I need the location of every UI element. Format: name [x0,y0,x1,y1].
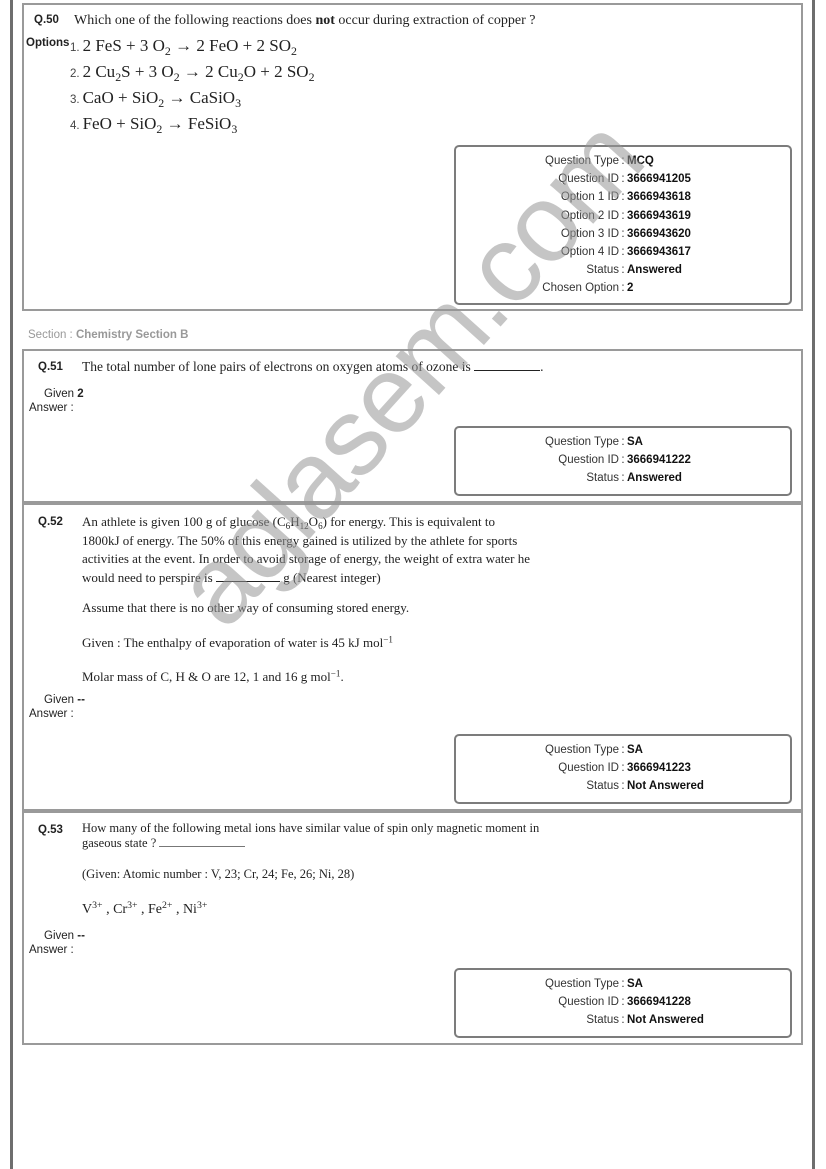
question-card-q51: Q.51 The total number of lone pairs of e… [22,349,803,503]
answer-label: Answer : [29,708,74,720]
meta-separator: : [619,152,627,170]
meta-value: 3666941223 [627,759,691,777]
option-number: 1. [70,42,80,54]
meta-key: Chosen Option [456,279,619,297]
option-1: 1.2 FeS + 3 O2 → 2 FeO + 2 SO2 [70,36,297,56]
question-line: gaseous state ? [82,836,622,851]
meta-separator: : [619,261,627,279]
given-answer-value: -- [77,694,85,706]
question-line: 1800kJ of energy. The 50% of this energy… [82,532,602,551]
text: O [309,514,318,529]
meta-value: 3666943620 [627,225,691,243]
option-text: 2 Cu [83,62,116,81]
meta-value: Not Answered [627,777,704,795]
given-answer: Given -- Answer : [29,929,85,957]
question-number: Q.52 [38,516,63,528]
subscript: 3 [231,122,237,136]
option-text: → 2 Cu [180,62,238,81]
meta-separator: : [619,469,627,487]
separator: , [103,902,114,917]
question-text: How many of the following metal ions hav… [82,821,622,917]
meta-separator: : [619,170,627,188]
page-border-right [812,0,815,1169]
ion: Cr3+ [113,902,137,917]
meta-key: Question Type [456,975,619,993]
answer-label: Answer : [29,944,74,956]
meta-row: Question Type:SA [456,741,790,759]
meta-row: Option 2 ID:3666943619 [456,207,790,225]
subscript: 2 [291,44,297,58]
given-label: Given [44,694,74,706]
question-line: would need to perspire is g (Nearest int… [82,569,602,588]
meta-key: Question ID [456,993,619,1011]
given-label: Given [44,930,74,942]
question-paragraph: Given : The enthalpy of evaporation of w… [82,634,602,653]
question-card-q50: Q.50 Which one of the following reaction… [22,3,803,311]
meta-value: Answered [627,469,682,487]
answer-blank [474,370,540,371]
section-name: Chemistry Section B [76,329,188,341]
question-meta-panel: Question Type:SAQuestion ID:3666941228St… [454,968,792,1038]
meta-separator: : [619,188,627,206]
meta-separator: : [619,993,627,1011]
subscript: 3 [235,96,241,110]
given-answer-label: Given 2 [29,387,84,401]
ion-charge: 2+ [162,900,172,911]
text: would need to perspire is [82,570,213,585]
option-text: O + 2 SO [244,62,309,81]
section-prefix: Section : [28,329,76,341]
meta-separator: : [619,243,627,261]
ion-symbol: Cr [113,902,127,917]
meta-key: Question ID [456,451,619,469]
text: An athlete is given 100 g of glucose (C [82,514,286,529]
meta-key: Question Type [456,741,619,759]
text: g (Nearest integer) [283,570,380,585]
ion: Ni3+ [183,902,207,917]
question-number: Q.50 [34,14,59,26]
meta-separator: : [619,433,627,451]
meta-key: Option 3 ID [456,225,619,243]
option-text: CaO + SiO [83,88,159,107]
meta-separator: : [619,1011,627,1029]
meta-key: Status [456,1011,619,1029]
separator: , [138,902,149,917]
meta-key: Question Type [456,433,619,451]
option-3: 3.CaO + SiO2 → CaSiO3 [70,88,241,108]
meta-value: 3666943619 [627,207,691,225]
meta-value: 3666941228 [627,993,691,1011]
option-text: → 2 FeO + 2 SO [171,36,291,55]
question-paragraph: Assume that there is no other way of con… [82,599,602,618]
meta-row: Question ID:3666941223 [456,759,790,777]
question-line: An athlete is given 100 g of glucose (C6… [82,513,602,532]
meta-key: Question ID [456,759,619,777]
meta-separator: : [619,225,627,243]
meta-row: Question Type:SA [456,433,790,451]
question-text-part: . [540,359,543,374]
meta-row: Status:Not Answered [456,1011,790,1029]
superscript: −1 [383,634,393,644]
question-line: activities at the event. In order to avo… [82,550,602,569]
meta-row: Question ID:3666941222 [456,451,790,469]
meta-row: Status:Not Answered [456,777,790,795]
given-answer: Given 2 Answer : [29,387,84,415]
question-card-q53: Q.53 How many of the following metal ion… [22,811,803,1045]
given-answer-label: Given -- [29,929,85,943]
meta-separator: : [619,279,627,297]
meta-separator: : [619,759,627,777]
meta-value: 3666941205 [627,170,691,188]
answer-blank [159,846,245,847]
meta-value: SA [627,741,643,759]
question-text: The total number of lone pairs of electr… [82,358,544,375]
meta-value: 3666943618 [627,188,691,206]
question-meta-panel: Question Type:SAQuestion ID:3666941223St… [454,734,792,804]
meta-row: Question Type:SA [456,975,790,993]
meta-row: Question ID:3666941205 [456,170,790,188]
meta-value: Not Answered [627,1011,704,1029]
meta-value: Answered [627,261,682,279]
meta-separator: : [619,207,627,225]
text: H [290,514,299,529]
meta-row: Question Type:MCQ [456,152,790,170]
meta-key: Question Type [456,152,619,170]
text: gaseous state ? [82,836,156,850]
option-number: 3. [70,94,80,106]
ion-list: V3+ , Cr3+ , Fe2+ , Ni3+ [82,902,622,917]
option-text: S + 3 O [121,62,174,81]
answer-label: Answer : [29,402,74,414]
meta-row: Question ID:3666941228 [456,993,790,1011]
given-label: Given [44,388,74,400]
question-meta-panel: Question Type:MCQQuestion ID:3666941205O… [454,145,792,305]
question-line: How many of the following metal ions hav… [82,821,622,836]
given-answer-value: -- [77,930,85,942]
option-text: 2 FeS + 3 O [83,36,165,55]
ion: V3+ [82,902,103,917]
subscript: 2 [309,70,315,84]
meta-row: Chosen Option:2 [456,279,790,297]
text: Given : The enthalpy of evaporation of w… [82,635,383,650]
meta-separator: : [619,975,627,993]
text: . [340,669,343,684]
ion-charge: 3+ [127,900,137,911]
meta-row: Option 3 ID:3666943620 [456,225,790,243]
meta-key: Status [456,469,619,487]
page-border-left [10,0,13,1169]
question-text-emphasis: not [315,13,334,28]
meta-key: Option 2 ID [456,207,619,225]
meta-key: Status [456,777,619,795]
question-text: Which one of the following reactions doe… [74,12,535,29]
answer-blank [216,581,280,582]
meta-key: Status [456,261,619,279]
given-answer-value: 2 [77,388,83,400]
ion-symbol: V [82,902,92,917]
text: Molar mass of C, H & O are 12, 1 and 16 … [82,669,331,684]
ion-charge: 3+ [197,900,207,911]
question-card-q52: Q.52 An athlete is given 100 g of glucos… [22,503,803,811]
meta-key: Option 4 ID [456,243,619,261]
question-text-part: The total number of lone pairs of electr… [82,359,471,374]
question-text: An athlete is given 100 g of glucose (C6… [82,513,602,687]
question-text-part: Which one of the following reactions doe… [74,13,315,28]
meta-value: 2 [627,279,633,297]
given-answer-label: Given -- [29,693,85,707]
question-number: Q.51 [38,361,63,373]
meta-value: 3666943617 [627,243,691,261]
ion: Fe2+ [148,902,172,917]
option-text: → FeSiO [162,114,231,133]
meta-separator: : [619,741,627,759]
option-number: 2. [70,68,80,80]
text: ) for energy. This is equivalent to [323,514,495,529]
meta-key: Question ID [456,170,619,188]
separator: , [172,902,183,917]
question-paragraph: (Given: Atomic number : V, 23; Cr, 24; F… [82,867,622,882]
meta-key: Option 1 ID [456,188,619,206]
question-text-part: occur during extraction of copper ? [335,13,536,28]
option-text: FeO + SiO [83,114,157,133]
meta-row: Option 4 ID:3666943617 [456,243,790,261]
meta-value: SA [627,433,643,451]
option-text: → CaSiO [164,88,235,107]
meta-value: SA [627,975,643,993]
meta-value: 3666941222 [627,451,691,469]
meta-separator: : [619,777,627,795]
meta-row: Status:Answered [456,261,790,279]
meta-separator: : [619,451,627,469]
question-paragraph: Molar mass of C, H & O are 12, 1 and 16 … [82,668,602,687]
option-4: 4.FeO + SiO2 → FeSiO3 [70,114,237,134]
subscript: 12 [300,521,309,531]
meta-row: Option 1 ID:3666943618 [456,188,790,206]
meta-value: MCQ [627,152,654,170]
question-meta-panel: Question Type:SAQuestion ID:3666941222St… [454,426,792,496]
section-label: Section : Chemistry Section B [28,329,188,341]
option-2: 2.2 Cu2S + 3 O2 → 2 Cu2O + 2 SO2 [70,62,315,82]
meta-row: Status:Answered [456,469,790,487]
ion-charge: 3+ [92,900,102,911]
question-number: Q.53 [38,824,63,836]
ion-symbol: Fe [148,902,162,917]
options-label: Options [26,37,69,49]
given-answer: Given -- Answer : [29,693,85,721]
option-number: 4. [70,120,80,132]
ion-symbol: Ni [183,902,197,917]
